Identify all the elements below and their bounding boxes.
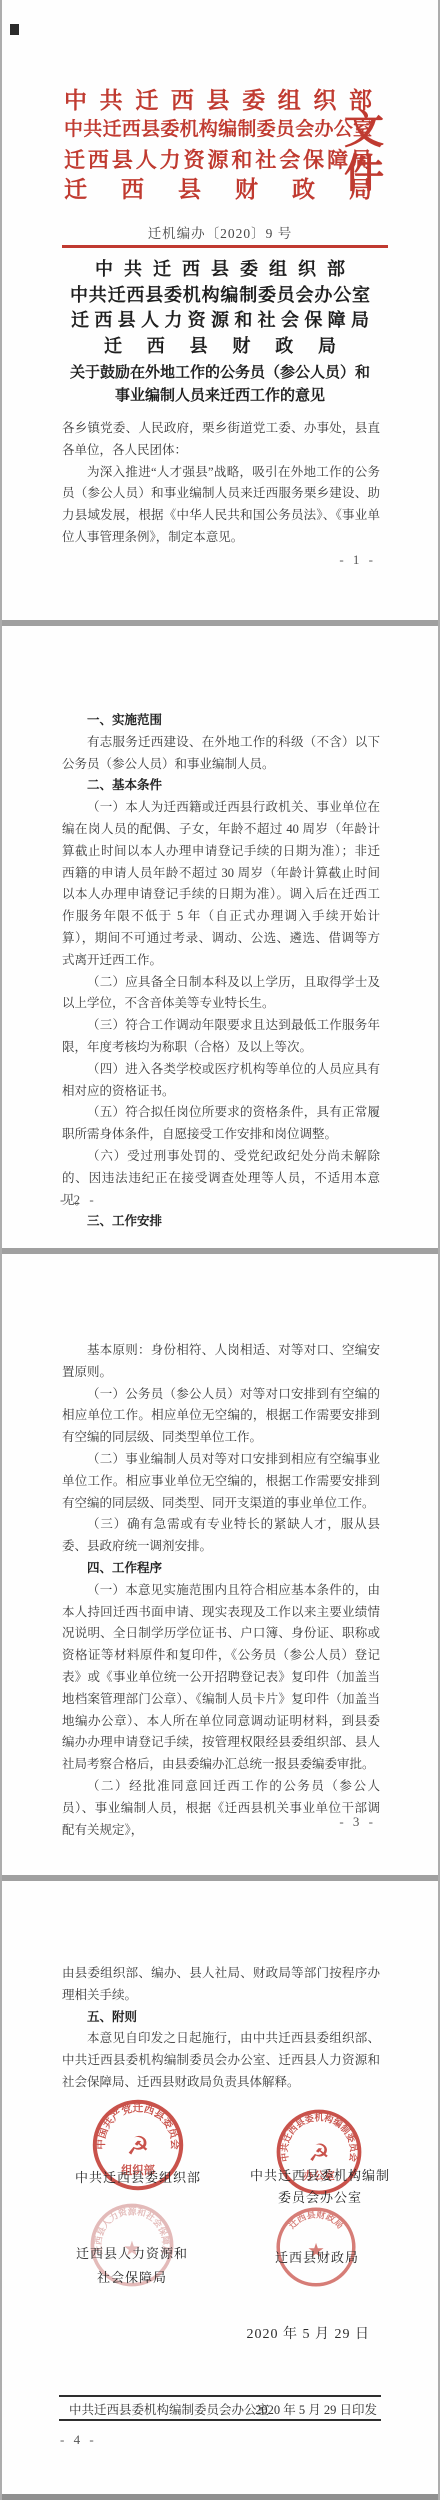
page1-body: 各乡镇党委、人民政府，栗乡街道党工委、办事处，县直各单位，各人民团体： 为深入推… (62, 418, 380, 549)
signatory-name: 迁西县人力资源和 (62, 2243, 202, 2262)
intro-paragraph: 为深入推进“人才强县”战略，吸引在外地工作的公务员（参公人员）和事业编制人员来迁… (62, 462, 380, 549)
page-3: 基本原则：身份相符、人岗相适、对等对口、空编安置原则。 （一）公务员（参公人员）… (2, 1254, 438, 1875)
footer-print-date: 2020 年 5 月 29 日印发 (255, 2400, 377, 2418)
letterhead-org-line: 迁西县人力资源和社会保障局 (64, 145, 372, 175)
signatory-name: 中共迁西县委机构编制 (242, 2165, 398, 2184)
red-letterhead: 中共迁西县委组织部 中共迁西县委机构编制委员会办公室 迁西县人力资源和社会保障局… (64, 86, 372, 205)
paragraph: 本意见自印发之日起施行，由中共迁西县委组织部、中共迁西县委机构编制委员会办公室、… (62, 2028, 380, 2093)
paragraph: （一）本意见实施范围内且符合相应基本条件的，由本人持回迁西书面申请、现实表现及工… (62, 1580, 380, 1776)
page-2: 一、实施范围 有志服务迁西建设、在外地工作的科级（不含）以下公务员（参公人员）和… (2, 626, 438, 1248)
footer-rule-bottom (59, 2419, 381, 2421)
paragraph: （一）公务员（参公人员）对等对口安排到有空编的相应单位工作。相应单位无空编的，根… (62, 1384, 380, 1449)
paragraph: 基本原则：身份相符、人岗相适、对等对口、空编安置原则。 (62, 1340, 380, 1384)
issuing-org-line: 迁西县人力资源和社会保障局 (71, 308, 369, 334)
hammer-sickle-icon: ☭ (127, 2132, 150, 2162)
paragraph: （三）符合工作调动年限要求且达到最低工作服务年限，年度考核均为称职（合格）及以上… (62, 1015, 380, 1059)
scan-bottom-edge (2, 2494, 438, 2500)
issuing-org-line: 迁西县财政局 (104, 334, 336, 360)
paragraph: （二）事业编制人员对等对口安排到相应有空编事业单位工作。相应事业单位无空编的，根… (62, 1449, 380, 1514)
scanned-official-document: 中共迁西县委组织部 中共迁西县委机构编制委员会办公室 迁西县人力资源和社会保障局… (0, 0, 440, 2500)
document-title: 关于鼓励在外地工作的公务员（参公人员）和 事业编制人员来迁西工作的意见 (2, 362, 438, 408)
red-divider-rule (62, 245, 388, 248)
section-heading-4: 四、工作程序 (62, 1558, 380, 1580)
footer-issuing-office: 中共迁西县委机构编制委员会办公室 (69, 2400, 269, 2418)
page4-body: 由县委组织部、编办、县人社局、财政局等部门按程序办理相关手续。 五、附则 本意见… (62, 1963, 380, 2094)
seal-ring-text: 迁西县财政局 (286, 2208, 345, 2230)
page2-body: 一、实施范围 有志服务迁西建设、在外地工作的科级（不含）以下公务员（参公人员）和… (62, 710, 380, 1233)
paragraph: （四）进入各类学校或医疗机构等单位的人员应具有相对应的资格证书。 (62, 1059, 380, 1103)
hammer-sickle-icon: ☭ (308, 2139, 330, 2167)
salutation: 各乡镇党委、人民政府，栗乡街道党工委、办事处，县直各单位，各人民团体： (62, 418, 380, 462)
signatory-name: 社会保障局 (62, 2267, 202, 2286)
paragraph: 有志服务迁西建设、在外地工作的科级（不含）以下公务员（参公人员）和事业编制人员。 (62, 732, 380, 776)
scan-artifact-mark (10, 24, 19, 35)
document-title-line1: 关于鼓励在外地工作的公务员（参公人员）和 (2, 362, 438, 385)
issuing-orgs-block: 中共迁西县委组织部 中共迁西县委机构编制委员会办公室 迁西县人力资源和社会保障局… (2, 257, 438, 359)
letterhead-org-line: 迁西县财政局 (64, 175, 372, 205)
svg-text:迁西县财政局: 迁西县财政局 (286, 2208, 345, 2230)
page-4: 由县委组织部、编办、县人社局、财政局等部门按程序办理相关手续。 五、附则 本意见… (2, 1881, 438, 2494)
section-heading-2: 二、基本条件 (62, 775, 380, 797)
page-number: - 1 - (339, 552, 376, 568)
page-1: 中共迁西县委组织部 中共迁西县委机构编制委员会办公室 迁西县人力资源和社会保障局… (2, 0, 438, 620)
paragraph: （三）确有急需或有专业特长的紧缺人才，服从县委、县政府统一调剂安排。 (62, 1514, 380, 1558)
issuing-org-line: 中共迁西县委组织部 (95, 257, 345, 283)
doc-number: 迁机编办〔2020〕9 号 (2, 222, 438, 242)
paragraph: （二）应具备全日制本科及以上学历，且取得学士及以上学位，不含音体美等专业特长生。 (62, 972, 380, 1016)
paragraph: （六）受过刑事处罚的、受党纪政纪处分尚未解除的、因违法违纪正在接受调查处理等人员… (62, 1146, 380, 1211)
section-heading-5: 五、附则 (62, 2007, 380, 2029)
document-label: 文件 (344, 108, 424, 196)
document-title-line2: 事业编制人员来迁西工作的意见 (2, 385, 438, 408)
section-heading-3: 三、工作安排 (62, 1211, 380, 1233)
letterhead-org-line: 中共迁西县委机构编制委员会办公室 (64, 115, 372, 145)
section-heading-1: 一、实施范围 (62, 710, 380, 732)
signatory-name: 中共迁西县委组织部 (62, 2167, 214, 2186)
issuing-org-line: 中共迁西县委机构编制委员会办公室 (70, 283, 370, 309)
issue-date: 2020 年 5 月 29 日 (247, 2323, 371, 2343)
paragraph: （二）经批准同意回迁西工作的公务员（参公人员）、事业编制人员，根据《迁西县机关事… (62, 1776, 380, 1841)
signatory-name: 委员会办公室 (242, 2187, 398, 2206)
page-number: - 4 - (60, 2432, 97, 2448)
paragraph: 由县委组织部、编办、县人社局、财政局等部门按程序办理相关手续。 (62, 1963, 380, 2007)
page3-body: 基本原则：身份相符、人岗相适、对等对口、空编安置原则。 （一）公务员（参公人员）… (62, 1340, 380, 1841)
letterhead-org-line: 中共迁西县委组织部 (64, 86, 372, 115)
page-number: - 3 - (339, 1814, 376, 1830)
signatory-name: 迁西县财政局 (242, 2247, 392, 2266)
footer-rule-top (59, 2395, 381, 2397)
paragraph: （一）本人为迁西籍或迁西县行政机关、事业单位在编在岗人员的配偶、子女，年龄不超过… (62, 797, 380, 971)
paragraph: （五）符合拟任岗位所要求的资格条件，具有正常履职所需身体条件，自愿接受工作安排和… (62, 1102, 380, 1146)
page-number: - 2 - (60, 1192, 97, 1208)
